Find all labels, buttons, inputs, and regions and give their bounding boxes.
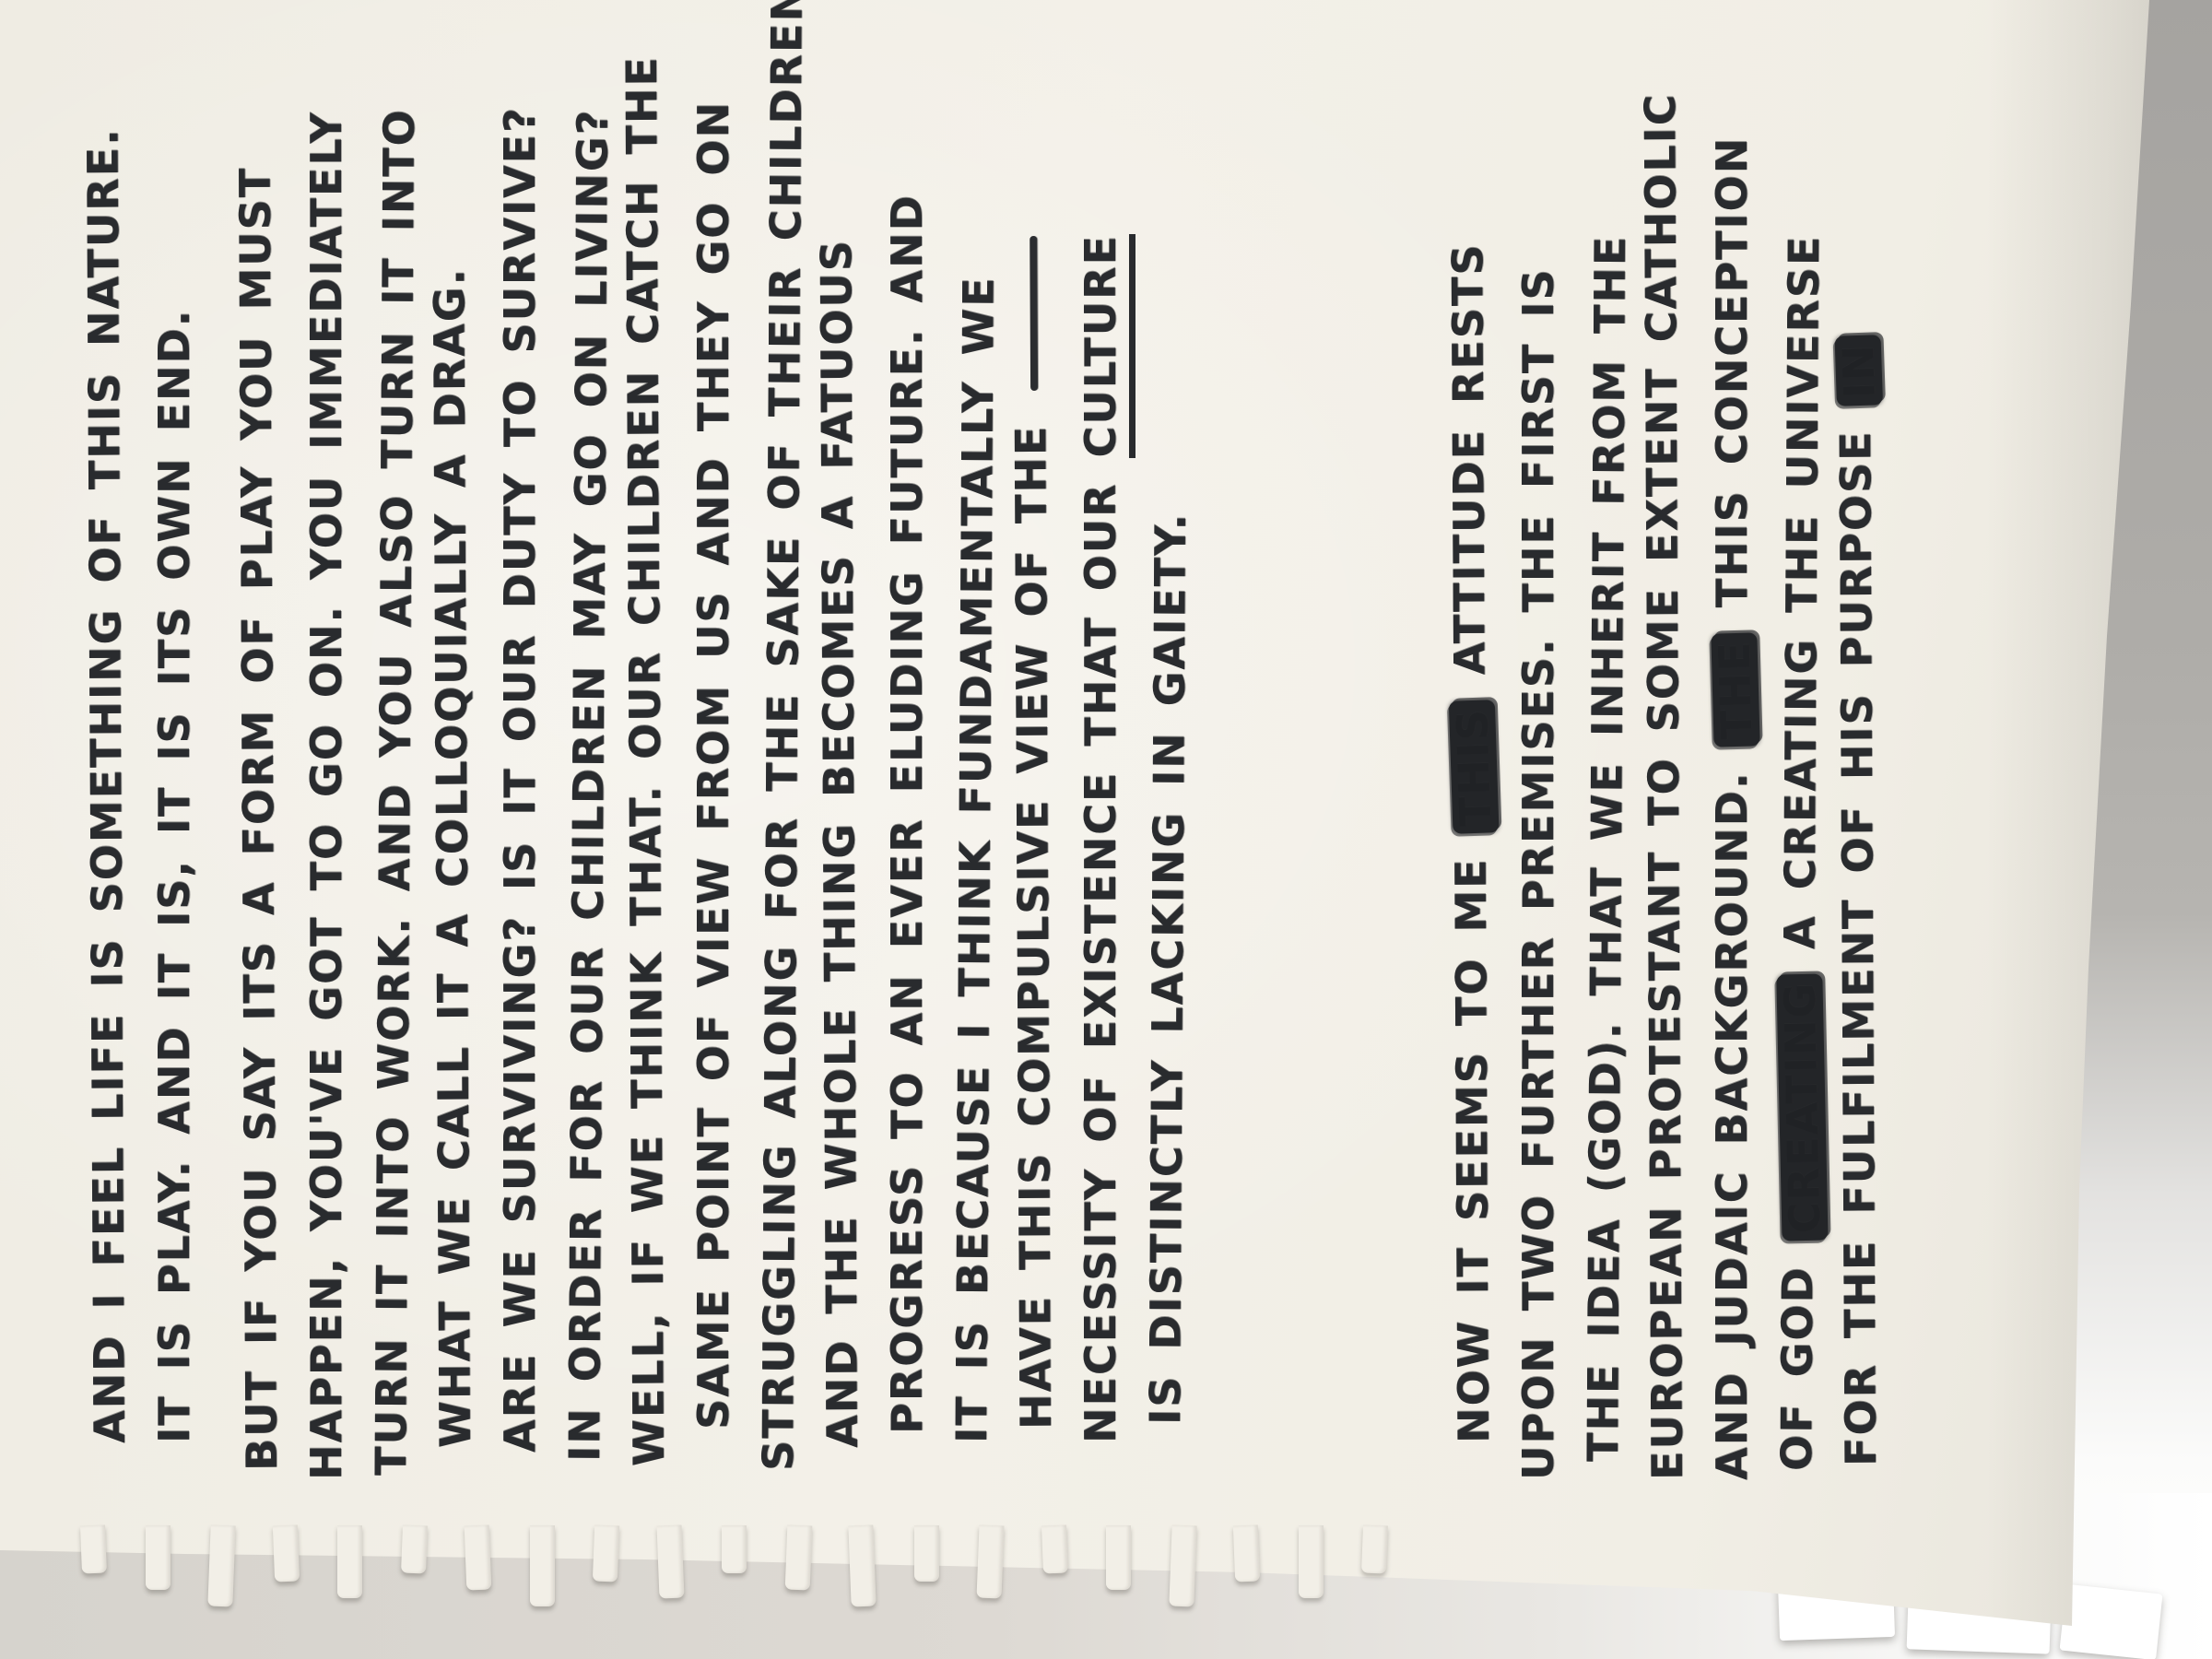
perforation-stub bbox=[1169, 1525, 1196, 1607]
line-text: EUROPEAN PROTESTANT TO SOME EXTENT CATHO… bbox=[1635, 92, 1692, 1480]
perforation-stub bbox=[207, 1525, 235, 1607]
perforation-stub bbox=[530, 1525, 555, 1606]
handwritten-note: AND I FEEL LIFE IS SOMETHING OF THIS NAT… bbox=[77, 98, 2013, 1480]
paragraph: AND I FEEL LIFE IS SOMETHING OF THIS NAT… bbox=[77, 98, 206, 1480]
line-text: IT IS BECAUSE I THINK FUNDAMENTALLY WE bbox=[947, 276, 1004, 1443]
perforation-stub bbox=[1299, 1525, 1324, 1598]
perforation-stub bbox=[976, 1525, 1004, 1599]
handwritten-line: IS DISTINCTLY LACKING IN GAIETY. bbox=[1133, 98, 1206, 1425]
perforation-stub bbox=[914, 1525, 939, 1582]
perforation-stub bbox=[848, 1525, 876, 1607]
handwritten-line: AND THE WHOLE THING BECOMES A FATUOUS bbox=[803, 98, 875, 1448]
perforation-stub bbox=[593, 1525, 619, 1583]
handwritten-line: ARE WE SURVIVING? IS IT OUR DUTY TO SURV… bbox=[488, 98, 552, 1453]
paragraph: NOW IT SEEMS TO ME THIS ATTITUDE RESTSUP… bbox=[1441, 98, 1893, 1480]
perforation-stub bbox=[1106, 1525, 1131, 1590]
scribbled-out-word: THE bbox=[1711, 632, 1759, 747]
perforation-stub bbox=[80, 1525, 107, 1574]
perforation-stub bbox=[465, 1525, 492, 1591]
line-text: NECESSITY OF EXISTENCE THAT OUR bbox=[1076, 483, 1125, 1443]
line-text: A CREATING THE UNIVERSE bbox=[1774, 235, 1829, 950]
perforation-stub bbox=[401, 1525, 428, 1574]
handwritten-line: WHAT WE CALL IT A COLLOQUIALLY A DRAG. bbox=[416, 98, 488, 1448]
line-text: HAPPEN, YOU'VE GOT TO GO ON. YOU IMMEDIA… bbox=[301, 111, 351, 1480]
handwritten-line: PROGRESS TO AN EVER ELUDING FUTURE. AND bbox=[875, 98, 939, 1434]
line-text: UPON TWO FURTHER PREMISES. THE FIRST IS bbox=[1513, 268, 1563, 1480]
notepad-sheet: AND I FEEL LIFE IS SOMETHING OF THIS NAT… bbox=[0, 0, 2212, 1659]
paragraph: BUT IF YOU SAY ITS A FORM OF PLAY YOU MU… bbox=[229, 98, 1197, 1480]
scribbled-out-word: IN bbox=[1834, 335, 1882, 406]
handwritten-line: NOW IT SEEMS TO ME THIS ATTITUDE RESTS bbox=[1434, 98, 1506, 1443]
perforation-stub bbox=[272, 1525, 299, 1583]
pen-dash bbox=[1030, 236, 1038, 391]
photo-of-handwritten-note: AND I FEEL LIFE IS SOMETHING OF THIS NAT… bbox=[0, 0, 2212, 1659]
scribbled-out-word: CREATING bbox=[1776, 974, 1828, 1241]
line-text: FOR THE FULFILMENT OF HIS PURPOSE bbox=[1830, 429, 1886, 1466]
line-text: PROGRESS TO AN EVER ELUDING FUTURE. AND bbox=[882, 194, 932, 1434]
handwritten-line: HAVE THIS COMPULSIVE VIEW OF THE bbox=[996, 98, 1068, 1430]
scribbled-out-word: THIS bbox=[1448, 700, 1499, 834]
line-text: HAVE THIS COMPULSIVE VIEW OF THE bbox=[1006, 425, 1061, 1430]
handwritten-line: SAME POINT OF VIEW FROM US AND THEY GO O… bbox=[681, 98, 746, 1430]
handwritten-line: IT IS PLAY. AND IT IS, IT IS ITS OWN END… bbox=[142, 98, 206, 1443]
under-sheet-tab bbox=[2060, 1584, 2163, 1659]
line-text: THIS CONCEPTION bbox=[1707, 136, 1757, 608]
handwritten-line: NECESSITY OF EXISTENCE THAT OUR CULTURE bbox=[1068, 98, 1133, 1443]
handwritten-line: WELL, IF WE THINK THAT. OUR CHILDREN CAT… bbox=[609, 98, 681, 1466]
line-text: ATTITUDE RESTS bbox=[1442, 242, 1494, 675]
perforation-stub bbox=[337, 1525, 362, 1598]
perforation-stub bbox=[146, 1525, 171, 1590]
line-text: AND I FEEL LIFE IS SOMETHING OF THIS NAT… bbox=[78, 127, 135, 1443]
line-text: WELL, IF WE THINK THAT. OUR CHILDREN CAT… bbox=[617, 55, 674, 1466]
perforation-stub bbox=[1233, 1525, 1260, 1583]
perforation-stub bbox=[656, 1525, 684, 1599]
line-text: BUT IF YOU SAY ITS A FORM OF PLAY YOU MU… bbox=[230, 167, 287, 1471]
perforation-stub bbox=[1041, 1525, 1068, 1574]
perforation-stub bbox=[1361, 1525, 1388, 1574]
line-text: TURN IT INTO WORK. AND YOU ALSO TURN IT … bbox=[366, 108, 424, 1476]
line-text: IS DISTINCTLY LACKING IN GAIETY. bbox=[1140, 512, 1195, 1425]
line-text: OF GOD bbox=[1771, 1265, 1822, 1471]
handwritten-line: FOR THE FULFILMENT OF HIS PURPOSE IN bbox=[1821, 98, 1893, 1466]
line-text: IT IS PLAY. AND IT IS, IT IS ITS OWN END… bbox=[149, 309, 199, 1443]
handwritten-line: HAPPEN, YOU'VE GOT TO GO ON. YOU IMMEDIA… bbox=[294, 98, 359, 1480]
line-text: AND JUDAIC BACKGROUND. bbox=[1707, 771, 1757, 1480]
handwritten-line: UPON TWO FURTHER PREMISES. THE FIRST IS bbox=[1506, 98, 1571, 1480]
line-text: ARE WE SURVIVING? IS IT OUR DUTY TO SURV… bbox=[495, 106, 545, 1453]
line-text: AND THE WHOLE THING BECOMES A FATUOUS bbox=[811, 239, 867, 1448]
handwritten-line: EUROPEAN PROTESTANT TO SOME EXTENT CATHO… bbox=[1628, 98, 1700, 1480]
line-text: NOW IT SEEMS TO ME bbox=[1446, 857, 1499, 1443]
handwritten-line: BUT IF YOU SAY ITS A FORM OF PLAY YOU MU… bbox=[222, 98, 294, 1471]
line-text: IN ORDER FOR OUR CHILDREN MAY GO ON LIVI… bbox=[559, 109, 618, 1462]
perforation-stub bbox=[784, 1525, 812, 1591]
line-text: WHAT WE CALL IT A COLLOQUIALLY A DRAG. bbox=[424, 267, 480, 1448]
handwritten-line: AND I FEEL LIFE IS SOMETHING OF THIS NAT… bbox=[70, 98, 142, 1443]
perforation-stub bbox=[722, 1525, 747, 1573]
line-text: THE IDEA (GOD). THAT WE INHERIT FROM THE bbox=[1578, 235, 1635, 1463]
line-text: SAME POINT OF VIEW FROM US AND THEY GO O… bbox=[688, 100, 738, 1430]
handwritten-line: AND JUDAIC BACKGROUND. THE THIS CONCEPTI… bbox=[1700, 98, 1764, 1480]
underlined-word: CULTURE bbox=[1074, 234, 1135, 457]
